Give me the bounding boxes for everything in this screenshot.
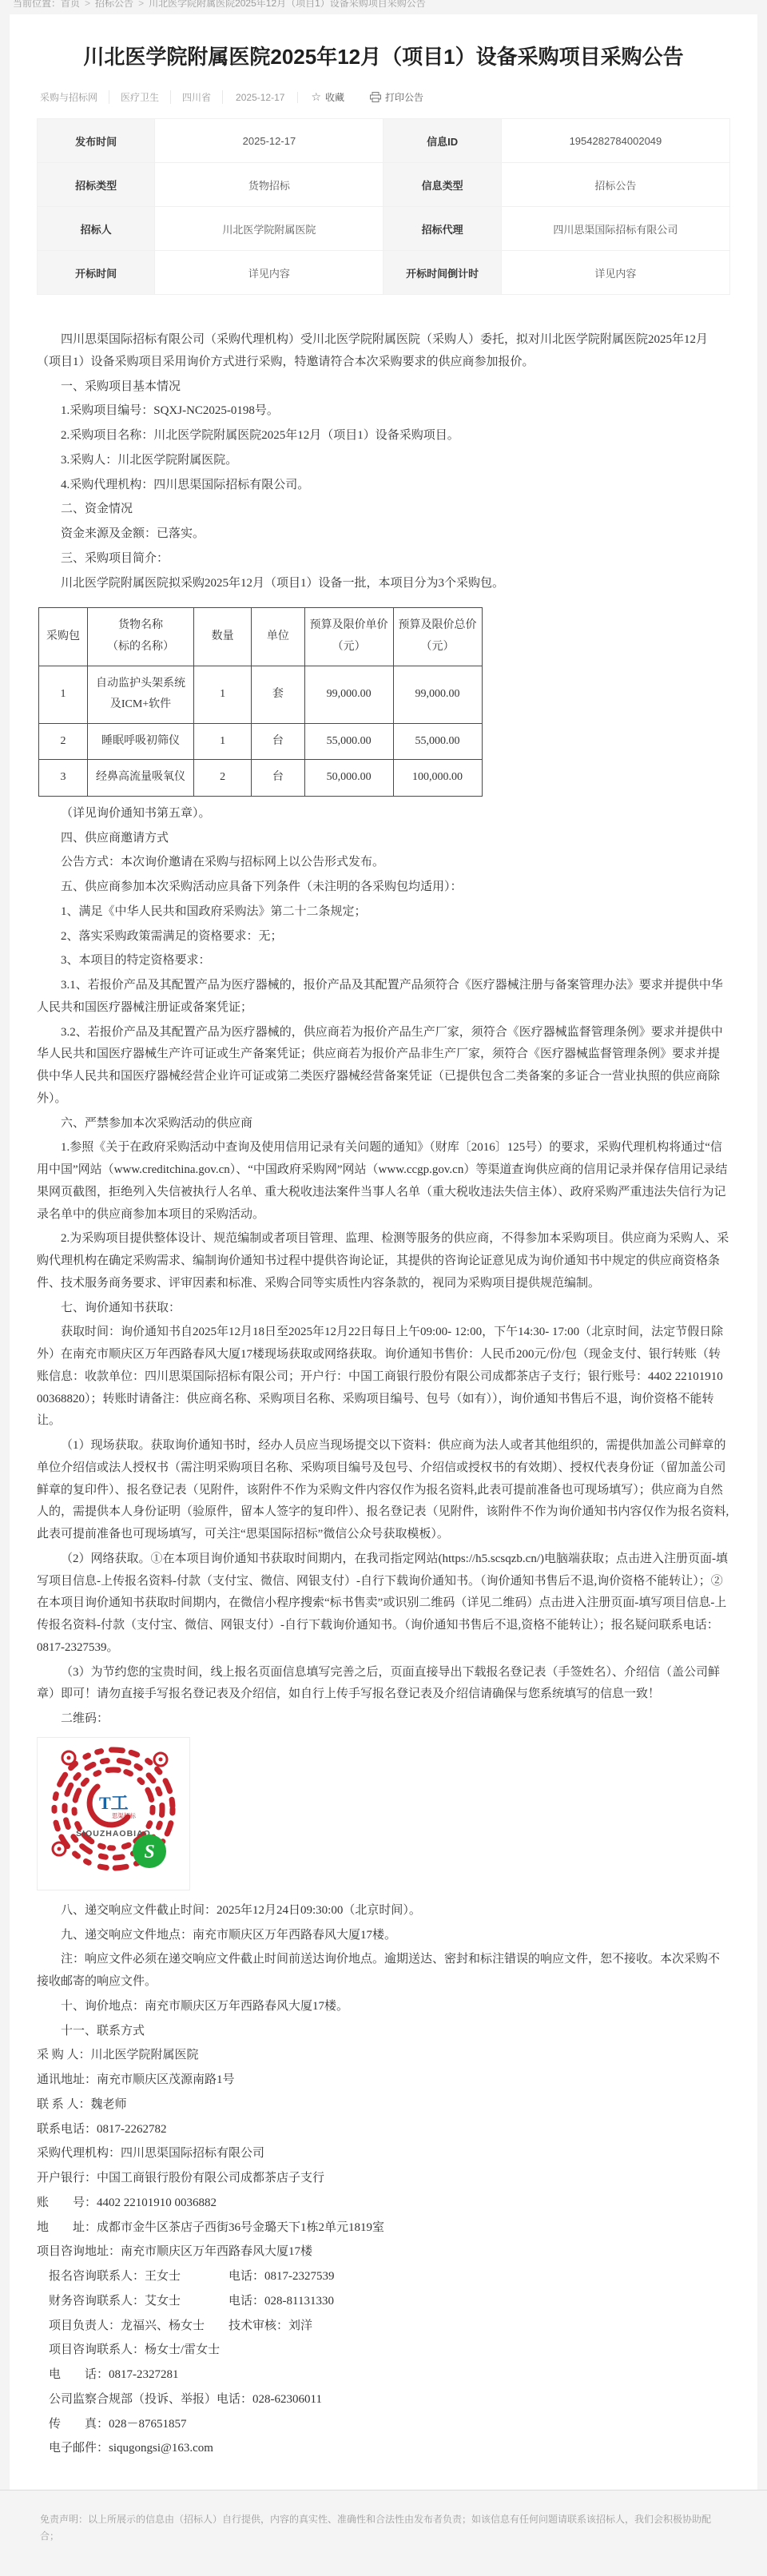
goods-cell: 台 [252,760,305,797]
body-paragraph: 地 址：成都市金牛区茶店子西街36号金璐天下1栋2单元1819室 [37,2217,730,2240]
body-paragraph: 七、询价通知书获取： [37,1298,730,1320]
svg-text:思渠招标: 思渠招标 [112,1811,136,1819]
body-paragraph: 电 话：0817-2327281 [37,2364,730,2387]
body-paragraph: 开户银行：中国工商银行股份有限公司成都茶店子支行 [37,2168,730,2190]
goods-cell: 自动监护头架系统及ICM+软件 [87,666,193,723]
body-paragraph: 1.采购项目编号：SQXJ-NC2025-0198号。 [37,400,730,423]
goods-cell: 套 [252,666,305,723]
body-paragraph: 账 号：4402 22101910 0036882 [37,2192,730,2215]
summary-value: 四川思渠国际招标有限公司 [501,207,729,251]
goods-cell: 睡眠呼吸初筛仪 [87,723,193,760]
body-paragraph: 项目咨询地址：南充市顺庆区万年西路春风大厦17楼 [37,2241,730,2264]
summary-label: 开标时间倒计时 [383,251,501,295]
summary-row: 发布时间2025-12-17信息ID1954282784002049 [38,119,730,163]
summary-value: 详见内容 [155,251,383,295]
body-paragraph: 传 真：028－87651857 [37,2414,730,2436]
body-paragraph: 注：响应文件必须在递交响应文件截止时间前送达询价地点。逾期送达、密封和标注错误的… [37,1949,730,1994]
qr-code: T工 思渠招标 SIQUZHAOBIAO S [37,1737,190,1890]
body-paragraph: 资金来源及金额：已落实。 [37,523,730,546]
body-paragraph: 通讯地址：南充市顺庆区茂源南路1号 [37,2069,730,2092]
summary-label: 招标人 [38,207,155,251]
summary-label: 发布时间 [38,119,155,163]
region-tag[interactable]: 四川省 [171,90,223,104]
goods-header-cell: 采购包 [39,608,88,666]
body-paragraph: 公司监察合规部（投诉、举报）电话：028-62306011 [37,2389,730,2411]
body-paragraph: 川北医学院附属医院拟采购2025年12月（项目1）设备一批，本项目分为3个采购包… [37,573,730,595]
meta-bar: 采购与招标网 医疗卫生 四川省 2025-12-17 ☆ 收藏 打印公告 [37,89,730,117]
body-paragraph: 2.为采购项目提供整体设计、规范编制或者项目管理、监理、检测等服务的供应商，不得… [37,1228,730,1294]
summary-table: 发布时间2025-12-17信息ID1954282784002049招标类型货物… [37,118,730,295]
category-tag[interactable]: 医疗卫生 [109,90,171,104]
body-paragraph: 4.采购代理机构：四川思渠国际招标有限公司。 [37,475,730,497]
body-paragraph: 报名咨询联系人：王女士 电话：0817-2327539 [37,2266,730,2288]
body-paragraph: 一、采购项目基本情况 [37,376,730,399]
body-paragraph: 项目负责人：龙福兴、杨女士 技术审核：刘洋 [37,2316,730,2338]
goods-cell: 3 [39,760,88,797]
body-paragraph: 采购代理机构：四川思渠国际招标有限公司 [37,2143,730,2165]
goods-header-cell: 单位 [252,608,305,666]
summary-row: 招标类型货物招标信息类型招标公告 [38,163,730,207]
qr-code-graphic: T工 思渠招标 SIQUZHAOBIAO S [45,1745,182,1882]
body-paragraph: 公告方式：本次询价邀请在采购与招标网上以公告形式发布。 [37,852,730,874]
summary-row: 开标时间详见内容开标时间倒计时详见内容 [38,251,730,295]
summary-row: 招标人川北医学院附属医院招标代理四川思渠国际招标有限公司 [38,207,730,251]
goods-cell: 99,000.00 [393,666,482,723]
body-paragraph: 二、资金情况 [37,499,730,521]
summary-value: 2025-12-17 [155,119,383,163]
goods-cell: 99,000.00 [304,666,393,723]
body-paragraph: （3）为节约您的宝贵时间，线上报名页面信息填写完善之后，页面直接导出下载报名登记… [37,1662,730,1707]
body-paragraph: 2.采购项目名称：川北医学院附属医院2025年12月（项目1）设备采购项目。 [37,425,730,447]
body-paragraph: （详见询价通知书第五章）。 [37,803,730,825]
goods-header-cell: 数量 [194,608,252,666]
goods-header-cell: 货物名称 （标的名称） [87,608,193,666]
body-paragraph: 财务咨询联系人：艾女士 电话：028-81131330 [37,2291,730,2313]
announcement-body: 四川思渠国际招标有限公司（采购代理机构）受川北医学院附属医院（采购人）委托，拟对… [37,317,730,2460]
body-paragraph: （1）现场获取。获取询价通知书时，经办人员应当现场提交以下资料：供应商为法人或者… [37,1435,730,1546]
breadcrumb-separator: > [138,0,144,9]
goods-cell: 台 [252,723,305,760]
body-paragraph: 电子邮件：siqugongsi@163.com [37,2438,730,2460]
printer-icon [370,92,381,102]
goods-cell: 50,000.00 [304,760,393,797]
body-paragraph: 联系电话：0817-2262782 [37,2119,730,2141]
favorite-label: 收藏 [325,90,344,104]
goods-cell: 经鼻高流量吸氧仪 [87,760,193,797]
goods-cell: 100,000.00 [393,760,482,797]
body-paragraph: 八、递交响应文件截止时间：2025年12月24日09:30:00（北京时间）。 [37,1900,730,1922]
summary-value: 货物招标 [155,163,383,207]
publish-date: 2025-12-17 [223,92,298,103]
summary-label: 招标代理 [383,207,501,251]
goods-cell: 55,000.00 [393,723,482,760]
goods-row: 1自动监护头架系统及ICM+软件1套99,000.0099,000.00 [39,666,483,723]
summary-label: 信息ID [383,119,501,163]
goods-table: 采购包货物名称 （标的名称）数量单位预算及限价单价 （元）预算及限价总价 （元）… [38,607,483,797]
body-paragraph: 联 系 人：魏老师 [37,2094,730,2117]
goods-cell: 55,000.00 [304,723,393,760]
goods-row: 2睡眠呼吸初筛仪1台55,000.0055,000.00 [39,723,483,760]
body-paragraph: 3.采购人：川北医学院附属医院。 [37,450,730,472]
body-paragraph: 1、满足《中华人民共和国政府采购法》第二十二条规定； [37,901,730,924]
breadcrumb-separator: > [85,0,90,9]
announcement-card: 川北医学院附属医院2025年12月（项目1）设备采购项目采购公告 采购与招标网 … [10,14,757,2490]
breadcrumb-prefix: 当前位置： [13,0,61,9]
body-paragraph: 四、供应商邀请方式 [37,828,730,850]
body-paragraph: 五、供应商参加本次采购活动应具备下列条件（未注明的各采购包均适用）： [37,877,730,899]
summary-value: 1954282784002049 [501,119,729,163]
goods-cell: 2 [194,760,252,797]
svg-text:S: S [144,1842,154,1862]
body-paragraph: 1.参照《关于在政府采购活动中查询及使用信用记录有关问题的通知》（财库〔2016… [37,1137,730,1226]
goods-header-cell: 预算及限价单价 （元） [304,608,393,666]
goods-header-row: 采购包货物名称 （标的名称）数量单位预算及限价单价 （元）预算及限价总价 （元） [39,608,483,666]
body-paragraph: 六、严禁参加本次采购活动的供应商 [37,1113,730,1135]
body-paragraph: 3、本项目的特定资格要求： [37,950,730,972]
summary-value: 川北医学院附属医院 [155,207,383,251]
body-paragraph: 2、落实采购政策需满足的资格要求：无； [37,926,730,948]
body-paragraph: 四川思渠国际招标有限公司（采购代理机构）受川北医学院附属医院（采购人）委托，拟对… [37,329,730,374]
summary-value: 招标公告 [501,163,729,207]
print-label: 打印公告 [385,90,423,104]
breadcrumb-section-link[interactable]: 招标公告 [95,0,133,9]
summary-table-body: 发布时间2025-12-17信息ID1954282784002049招标类型货物… [38,119,730,295]
svg-text:SIQUZHAOBIAO: SIQUZHAOBIAO [76,1829,151,1839]
body-paragraph: 3.2、若报价产品及其配置产品为医疗器械的，供应商若为报价产品生产厂家，须符合《… [37,1022,730,1111]
goods-cell: 2 [39,723,88,760]
page-footer: 免责声明：以上所展示的信息由（招标人）自行提供，内容的真实性、准确性和合法性由发… [0,2490,767,2576]
star-icon: ☆ [311,90,321,104]
goods-row: 3经鼻高流量吸氧仪2台50,000.00100,000.00 [39,760,483,797]
svg-text:T工: T工 [99,1793,129,1813]
goods-cell: 1 [39,666,88,723]
goods-cell: 1 [194,666,252,723]
body-paragraph: 项目咨询联系人：杨女士/雷女士 [37,2339,730,2362]
summary-value: 详见内容 [501,251,729,295]
body-paragraph: 3.1、若报价产品及其配置产品为医疗器械的，报价产品及其配置产品须符合《医疗器械… [37,975,730,1020]
page-title: 川北医学院附属医院2025年12月（项目1）设备采购项目采购公告 [45,43,722,71]
disclaimer-text: 免责声明：以上所展示的信息由（招标人）自行提供，内容的真实性、准确性和合法性由发… [40,2514,711,2541]
breadcrumb-home-link[interactable]: 首页 [61,0,80,9]
goods-header-cell: 预算及限价总价 （元） [393,608,482,666]
breadcrumb-current: 川北医学院附属医院2025年12月（项目1）设备采购项目采购公告 [149,0,426,9]
body-paragraph: 获取时间：询价通知书自2025年12月18日至2025年12月22日每日上午09… [37,1322,730,1433]
summary-label: 开标时间 [38,251,155,295]
body-paragraph: 十一、联系方式 [37,2021,730,2043]
body-paragraph: 采 购 人：川北医学院附属医院 [37,2045,730,2067]
body-paragraph: 三、采购项目简介： [37,548,730,570]
breadcrumb: 当前位置：首页>招标公告>川北医学院附属医院2025年12月（项目1）设备采购项… [0,0,767,14]
body-paragraph: （2）网络获取。①在本项目询价通知书获取时间期内，在我司指定网站(https:/… [37,1548,730,1660]
body-paragraph: 十、询价地点：南充市顺庆区万年西路春风大厦17楼。 [37,1996,730,2018]
summary-label: 招标类型 [38,163,155,207]
body-paragraph: 九、递交响应文件地点：南充市顺庆区万年西路春风大厦17楼。 [37,1925,730,1947]
summary-label: 信息类型 [383,163,501,207]
goods-cell: 1 [194,723,252,760]
favorite-button[interactable]: ☆ 收藏 [298,90,357,104]
source-tag[interactable]: 采购与招标网 [38,90,109,104]
body-paragraph: 二维码： [37,1708,730,1731]
print-button[interactable]: 打印公告 [357,90,436,104]
